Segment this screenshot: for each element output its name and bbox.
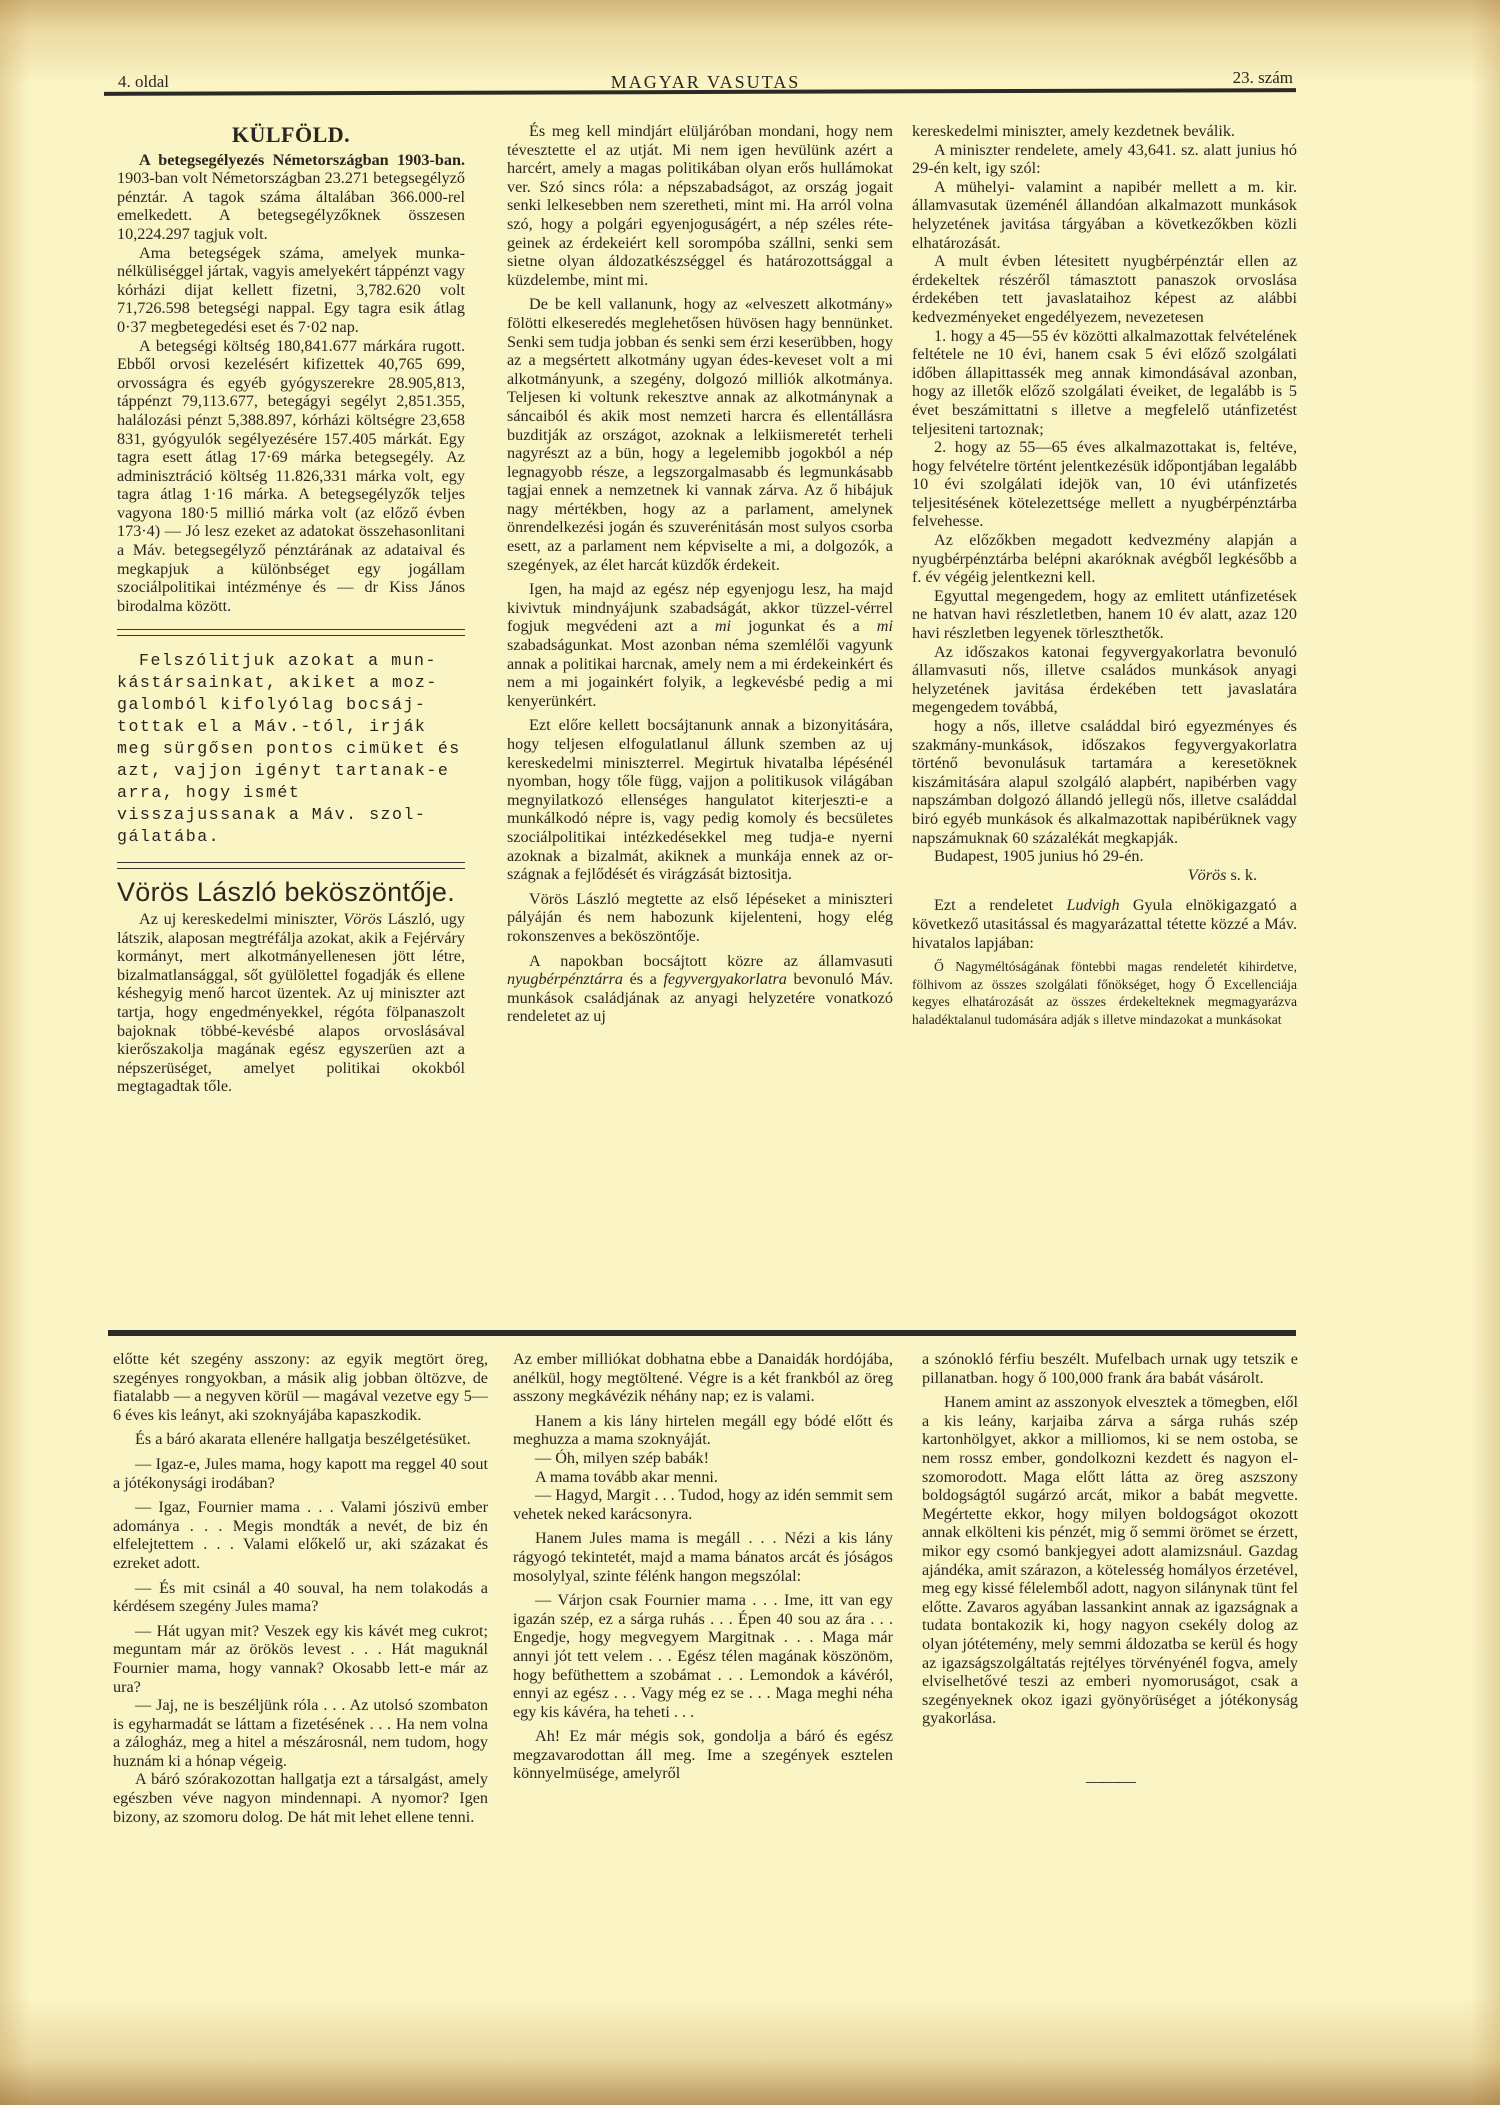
paragraph: A báró szórakozottan hallgatja ezt a tár… — [113, 1770, 488, 1826]
bottom-column-3: a szónokló férfiu beszélt. Mufelbach urn… — [922, 1350, 1298, 1790]
paragraph: 2. hogy az 55—65 éves alkalmazottakat is… — [912, 438, 1297, 531]
paragraph: Az ember milliókat dobhatna ebbe a Da­na… — [513, 1350, 893, 1406]
article-betegsegelyezes-p2: Ama betegségek száma, amelyek munka­nélk… — [117, 244, 465, 337]
section-rule — [117, 629, 465, 636]
paragraph: A napokban bocsájtott közre az államva­s… — [507, 952, 893, 1026]
notice-box: Felszólitjuk azokat a mun­kástársainkat,… — [117, 650, 465, 848]
paragraph: A miniszter rendelete, amely 43,641. sz.… — [912, 141, 1297, 178]
paragraph: Vörös László megtette az első lépéseket … — [507, 890, 893, 946]
paragraph: Az előzőkben megadott kedvezmény alap­já… — [912, 531, 1297, 587]
section-title-kulfold: KÜLFÖLD. — [117, 126, 465, 145]
paragraph: A mama tovább akar menni. — [513, 1468, 893, 1487]
paragraph: Hanem Jules mama is megáll . . . Nézi a … — [513, 1529, 893, 1585]
dialogue-line: — Várjon csak Fournier mama . . . Ime, i… — [513, 1591, 893, 1721]
section-divider — [108, 1330, 1296, 1336]
article-betegsegelyezes-p1: A betegsegélyezés Németországban 1903-ba… — [117, 151, 465, 244]
paragraph: előtte két szegény asszony: az egyik meg… — [113, 1350, 488, 1424]
issue-number: 23. szám — [1233, 68, 1293, 88]
top-column-1: KÜLFÖLD. A betegsegélyezés Németországba… — [117, 122, 465, 1096]
dialogue-line: — Igaz-e, Jules mama, hogy kapott ma reg… — [113, 1455, 488, 1492]
paragraph: Ah! Ez már mégis sok, gondolja a báró és… — [513, 1727, 893, 1783]
paragraph: Ezt a rendeletet Ludvigh Gyula elnökigaz… — [912, 896, 1297, 952]
paragraph: A mult évben létesitett nyugbérpénztár e… — [912, 252, 1297, 326]
signature: Vörös s. k. — [912, 866, 1297, 885]
dialogue-line: — És mit csinál a 40 souval, ha nem tola… — [113, 1579, 488, 1616]
paragraph: De be kell vallanunk, hogy az «elveszett… — [507, 295, 893, 574]
dialogue-line: — Hagyd, Margit . . . Tudod, hogy az idé… — [513, 1486, 893, 1523]
paragraph: És a báró akarata ellenére hallgatja be­… — [113, 1430, 488, 1449]
paragraph: Hanem a kis lány hirtelen megáll egy bód… — [513, 1412, 893, 1449]
place-date: Budapest, 1905 junius hó 29-én. — [912, 847, 1297, 866]
dialogue-line: — Jaj, ne is beszéljünk róla . . . Az ut… — [113, 1696, 488, 1770]
paragraph: És meg kell mindjárt elüljáróban mon­dan… — [507, 122, 893, 289]
bottom-column-2: Az ember milliókat dobhatna ebbe a Da­na… — [513, 1350, 893, 1783]
paragraph: Az időszakos katonai fegyvergyakorlatra … — [912, 643, 1297, 717]
paragraph: Hanem amint az asszonyok elvesztek a töm… — [922, 1393, 1298, 1728]
end-of-article-mark: ——— — [922, 1772, 1298, 1791]
paragraph: A mühelyi- valamint a napibér mellett a … — [912, 178, 1297, 252]
paragraph: Ezt előre kellett bocsájtanunk annak a b… — [507, 716, 893, 883]
top-column-2: És meg kell mindjárt elüljáróban mon­dan… — [507, 122, 893, 1026]
dialogue-line: — Hát ugyan mit? Veszek egy kis kávét me… — [113, 1622, 488, 1696]
quoted-instruction: Ő Nagyméltóságának föntebbi magas rendel… — [912, 958, 1297, 1028]
article-betegsegelyezes-p3: A betegségi költség 180,841.677 márkára … — [117, 337, 465, 616]
paragraph: Egyuttal megengedem, hogy az emlitett ut… — [912, 587, 1297, 643]
top-column-3: kereskedelmi miniszter, amely kezdetnek … — [912, 122, 1297, 1028]
paragraph: kereskedelmi miniszter, amely kezdetnek … — [912, 122, 1297, 141]
paragraph: hogy a nős, illetve családdal biró egyez… — [912, 717, 1297, 847]
paragraph: a szónokló férfiu beszélt. Mufelbach urn… — [922, 1350, 1298, 1387]
paragraph: Igen, ha majd az egész nép egyenjogu les… — [507, 580, 893, 710]
notice-text: Felszólitjuk azokat a mun­kástársainkat,… — [117, 650, 465, 848]
dialogue-line: — Igaz, Fournier mama . . . Valami jó­sz… — [113, 1498, 488, 1572]
article-lead: A betegsegélyezés Németországban 1903-ba… — [139, 151, 465, 169]
newspaper-page: 4. oldal MAGYAR VASUTAS 23. szám KÜLFÖLD… — [0, 0, 1500, 2105]
bottom-column-1: előtte két szegény asszony: az egyik meg… — [113, 1350, 488, 1826]
section-rule — [117, 862, 465, 869]
article-title-voros: Vörös László beköszöntője. — [117, 883, 465, 902]
article-voros-p1: Az uj kereskedelmi miniszter, Vörös Lász… — [117, 910, 465, 1096]
paragraph: 1. hogy a 45—55 év közötti alkalmazottak… — [912, 327, 1297, 439]
dialogue-line: — Óh, milyen szép babák! — [513, 1449, 893, 1468]
